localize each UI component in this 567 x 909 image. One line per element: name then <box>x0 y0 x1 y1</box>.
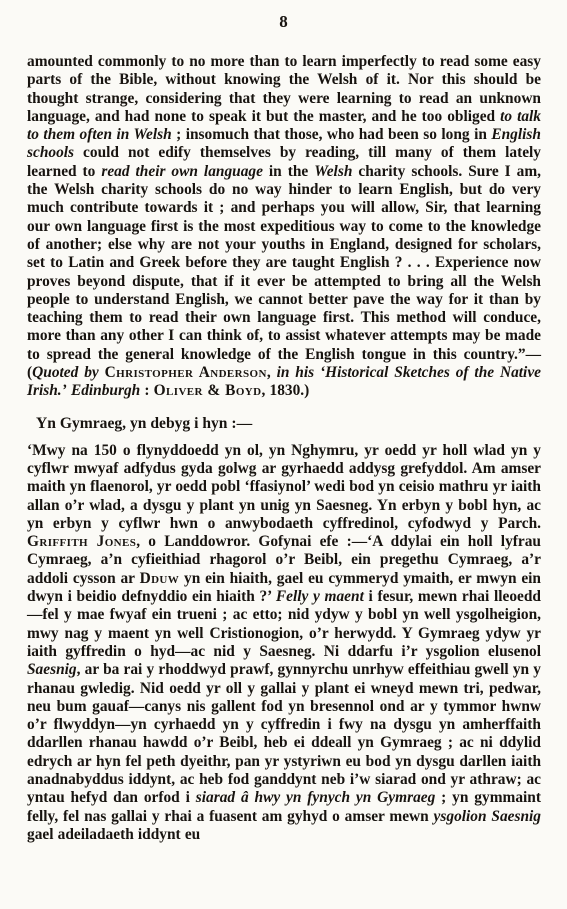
italic-phrase: read their own language <box>101 163 263 180</box>
welsh-intro-line: Yn Gymraeg, yn debyg i hyn :— <box>27 414 541 433</box>
smallcaps-name: Christopher Anderson <box>105 364 267 381</box>
text-segment: amounted commonly to no more than to lea… <box>27 53 541 125</box>
italic-phrase: Felly y maent <box>276 588 364 605</box>
italic-phrase: ysgolion Saesnig <box>434 808 541 825</box>
italic-phrase: Quoted by <box>32 364 99 381</box>
italic-phrase: siarad â hwy yn fynych yn Gymraeg <box>196 789 436 806</box>
text-segment: , ar ba rai y rhoddwyd prawf, gynnyrchu … <box>27 661 541 806</box>
italic-phrase: Saesnig <box>27 661 77 678</box>
book-page: 8 amounted commonly to no more than to l… <box>0 0 567 909</box>
smallcaps-name: Griffith Jones <box>27 533 136 550</box>
text-segment: : <box>140 382 153 399</box>
text-segment: ; insomuch that those, who had been so l… <box>172 126 492 143</box>
text-segment: , <box>267 364 277 381</box>
smallcaps-publisher: Oliver & Boyd <box>154 382 262 399</box>
smallcaps-name: Dduw <box>140 570 180 587</box>
page-number: 8 <box>27 12 541 32</box>
italic-phrase: Welsh <box>314 163 352 180</box>
italic-place-name: Edinburgh <box>71 382 140 399</box>
text-segment: ‘Mwy na 150 o flynyddoedd yn ol, yn Nghy… <box>27 442 541 532</box>
paragraph-english: amounted commonly to no more than to lea… <box>27 53 541 401</box>
text-segment: gael adeiladaeth iddynt eu <box>27 826 200 843</box>
text-segment: in the <box>263 163 314 180</box>
text-segment: , 1830.) <box>262 382 310 399</box>
text-segment: charity schools. Sure I am, the Welsh ch… <box>27 163 541 381</box>
paragraph-welsh: ‘Mwy na 150 o flynyddoedd yn ol, yn Nghy… <box>27 442 541 845</box>
